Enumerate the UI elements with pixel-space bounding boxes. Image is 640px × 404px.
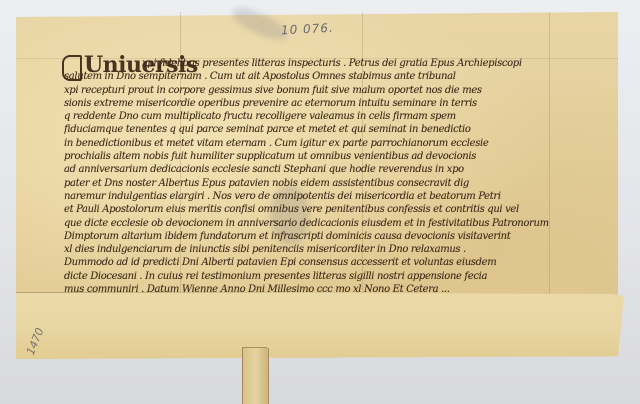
text-line: xl dies indulgenciarum de iniunctis sibi…	[64, 243, 564, 256]
text-line: sionis extreme misericordie operibus pre…	[64, 97, 564, 110]
text-line: dicte Diocesani . In cuius rei testimoni…	[64, 270, 564, 283]
text-line: naremur indulgentias elargiri . Nos vero…	[64, 190, 564, 203]
text-line: in benedictionibus et metet vitam eterna…	[64, 137, 564, 150]
plica-fold	[16, 292, 624, 359]
text-line: et Pauli Apostolorum eius meritis confis…	[64, 203, 564, 216]
text-line: prochialis altem nobis fuit humiliter su…	[64, 150, 564, 163]
text-line: que dicte ecclesie ob devocionem in anni…	[64, 217, 564, 230]
text-line: pater et Dns noster Albertus Epus patavi…	[64, 177, 564, 190]
text-line: xpi recepturi prout in corpore gessimus …	[64, 84, 564, 97]
text-line: xpi fidelibus presentes litteras inspect…	[64, 57, 564, 70]
text-line: fiduciamque tenentes q qui parce seminat…	[64, 123, 564, 136]
charter-text: xpi fidelibus presentes litteras inspect…	[64, 57, 564, 296]
text-line: Dimptorum altarium ibidem fundatorum et …	[64, 230, 564, 243]
text-line: Dummodo ad id predicti Dni Alberti patav…	[64, 256, 564, 269]
archive-number: 10 076.	[281, 21, 334, 38]
seal-tag-strip	[242, 348, 269, 404]
text-line: salutem in Dno sempiternam . Cum ut ait …	[64, 70, 564, 83]
text-line: q reddente Dno cum multiplicato fructu r…	[64, 110, 564, 123]
text-line: ad anniversarium dedicacionis ecclesie s…	[64, 163, 564, 176]
